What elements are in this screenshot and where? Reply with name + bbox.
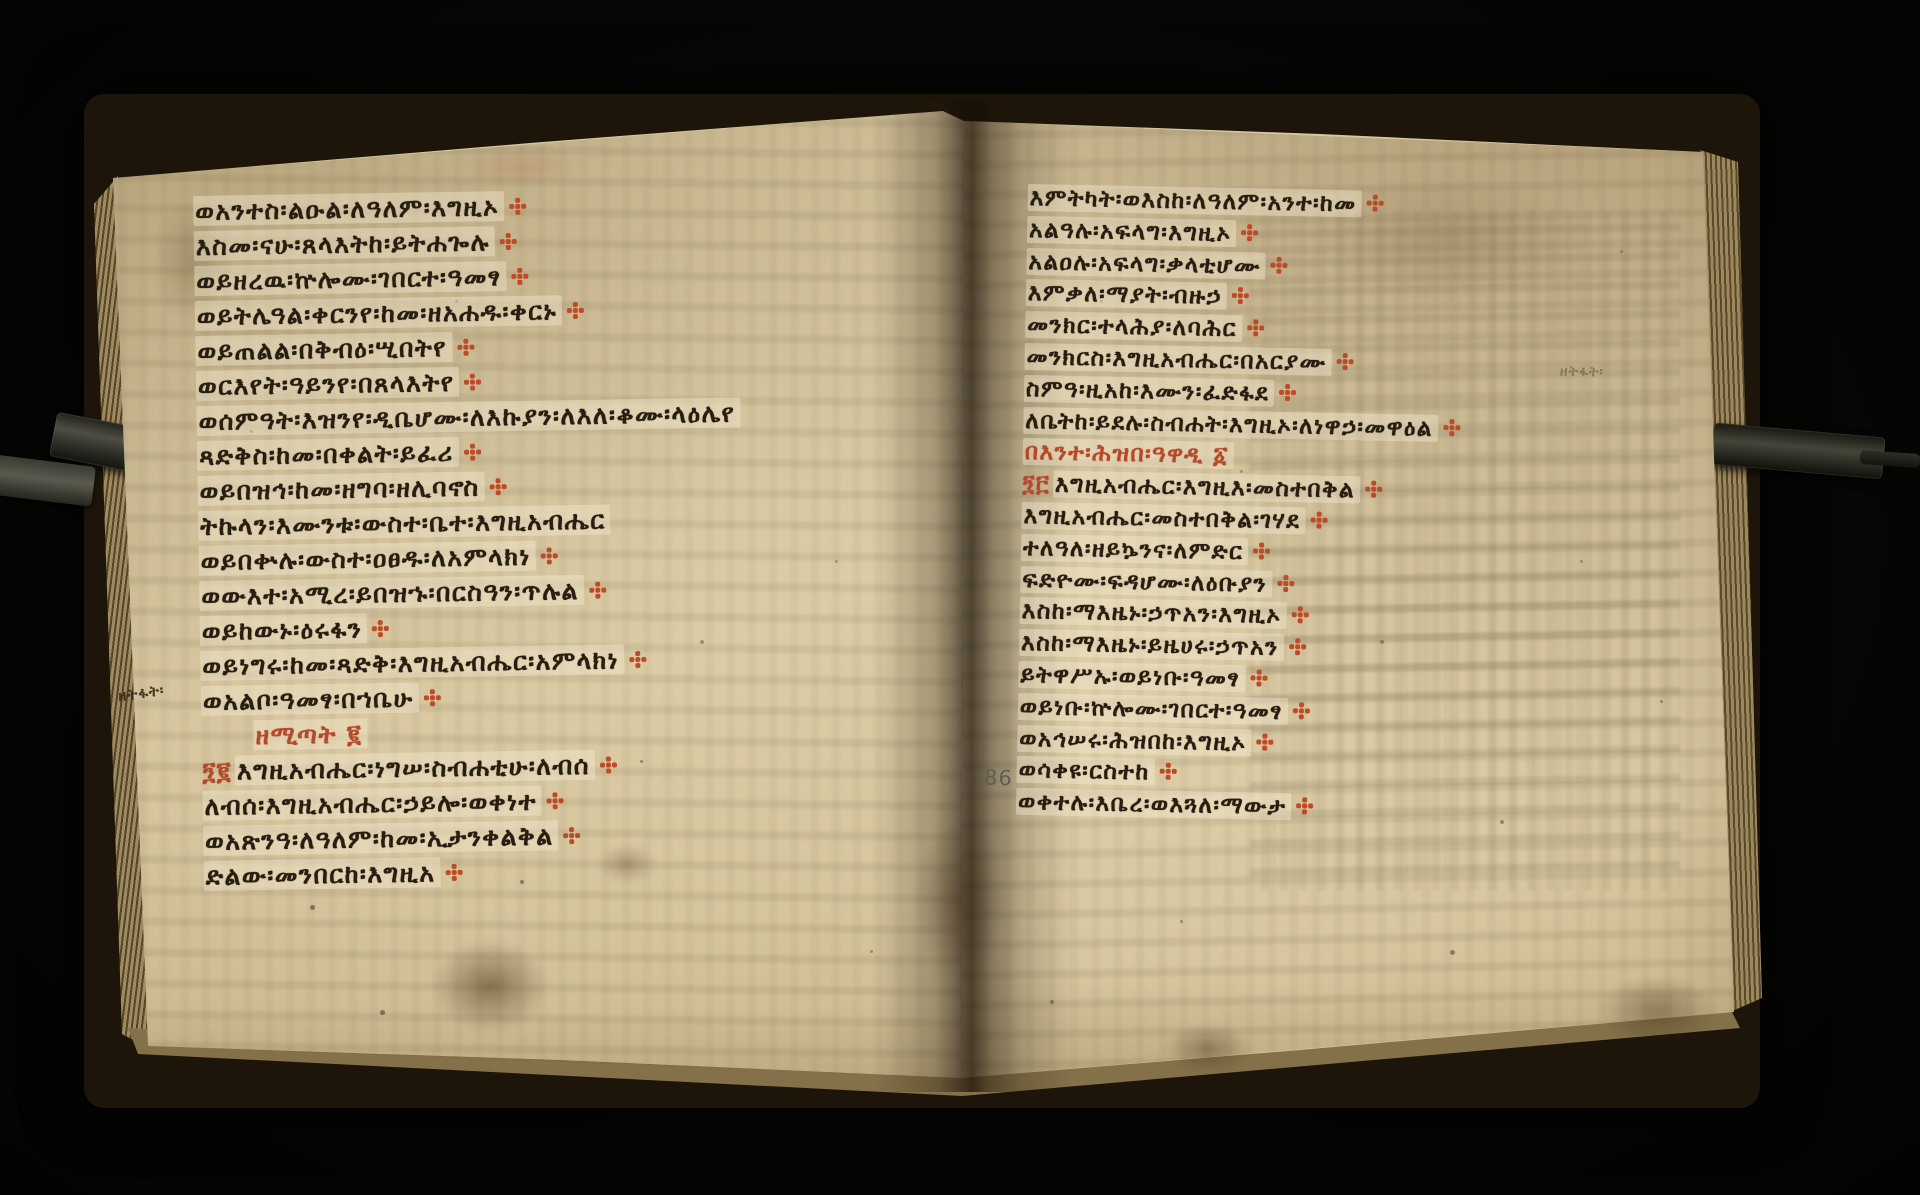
folio-number-pencil: 86 — [984, 766, 1014, 791]
verse-divider-cross-icon — [378, 626, 383, 631]
verse-divider-cross-icon — [1253, 326, 1258, 331]
verse-divider-cross-icon — [1302, 804, 1307, 809]
verse-text: ወአንተስ፡ልዑል፡ለዓለም፡እግዚኦ — [193, 191, 504, 226]
psalm-number: ፺፫ — [1022, 471, 1050, 498]
verse-divider-cross-icon — [1343, 359, 1348, 364]
verse-text: እስከ፡ማእዜኑ፡ኃጥአን፡እግዚኦ — [1020, 597, 1287, 629]
verse-text: እግዚአብሔር፡መስተበቅል፡ገሃደ — [1021, 502, 1305, 534]
verse-text: ወሳቀዩ፡ርስተከ — [1016, 756, 1154, 786]
verse-divider-cross-icon — [1262, 739, 1267, 744]
verse-divider-cross-icon — [1297, 613, 1302, 618]
verse-divider-cross-icon — [1166, 769, 1171, 774]
verse-text: ፍድዮሙ፡ፍዳሆሙ፡ለዕቡያን — [1020, 565, 1272, 597]
verse-divider-cross-icon — [547, 553, 552, 558]
verse-divider-cross-icon — [1295, 644, 1300, 649]
verse-text: ጻድቅስ፡ከመ፡በቀልት፡ይፈሪ — [197, 437, 459, 471]
verse-text: እምትካት፡ወእስከ፡ለዓለም፡አንተ፡ከመ — [1027, 184, 1361, 217]
verse-text: እግዚአብሔር፡እግዚእ፡መስተበቅል — [1053, 471, 1361, 504]
verse-text: ወይከውኑ፡ዕሩፋን — [200, 613, 368, 646]
verse-divider-cross-icon — [1283, 581, 1288, 586]
left-page-text-column: ወአንተስ፡ልዑል፡ለዓለም፡እግዚኦእስመ፡ናሁ፡ጸላእትከ፡ይትሐጐሉወይዘ… — [193, 183, 894, 894]
verse-divider-cross-icon — [1256, 675, 1261, 680]
verse-text: ወይትሌዓል፡ቀርንየ፡ከመ፡ዘአሐዱ፡ቀርኑ — [195, 295, 563, 331]
verse-divider-cross-icon — [1371, 487, 1376, 492]
verse-text: ወአጽንዓ፡ለዓለም፡ከመ፡ኢታንቀልቅል — [203, 820, 559, 856]
verse-text: አልዐሉ፡አፍላግ፡ቃላቲሆሙ — [1026, 248, 1266, 280]
verse-divider-cross-icon — [430, 695, 435, 700]
verse-text: ወይዘረዉ፡ኵሎሙ፡ገበርተ፡ዓመፃ — [194, 261, 507, 296]
verse-text: ወቀተሉ፡እቤረ፡ወእጓለ፡ማውታ — [1016, 788, 1292, 820]
verse-divider-cross-icon — [495, 484, 500, 489]
verse-text: ይትዋሥኡ፡ወይነቡ፡ዓመፃ — [1018, 661, 1245, 692]
photograph-of-open-manuscript: { "manuscript": { "script_direction": "l… — [0, 0, 1920, 1195]
verse-divider-cross-icon — [451, 869, 456, 874]
verse-divider-cross-icon — [606, 762, 611, 767]
verse-text: ድልው፡መንበርከ፡እግዚአ — [203, 857, 440, 891]
verse-text: ወሰምዓት፡እዝንየ፡ዲቤሆሙ፡ለእኩያን፡ለእለ፡ቆሙ፡ላዕሌየ — [196, 397, 740, 436]
verse-text: ስምዓ፡ዚአከ፡እሙን፡ፈድፋደ — [1024, 375, 1275, 407]
verse-divider-cross-icon — [635, 657, 640, 662]
verse-divider-cross-icon — [463, 344, 468, 349]
verse-divider-cross-icon — [517, 273, 522, 278]
verse-text: እስከ፡ማእዜኑ፡ይዜሀሩ፡ኃጥአን — [1019, 629, 1284, 661]
verse-text: ወይነቡ፡ኵሎሙ፡ገበርተ፡ዓመፃ — [1018, 693, 1288, 725]
verse-divider-cross-icon — [1316, 518, 1321, 523]
verse-divider-cross-icon — [506, 239, 511, 244]
verse-text: እግዚአብሔር፡ነግሠ፡ስብሐቲሁ፡ለብሰ — [235, 750, 595, 786]
verse-divider-cross-icon — [1247, 230, 1252, 235]
verse-divider-cross-icon — [573, 307, 578, 312]
verse-divider-cross-icon — [1277, 262, 1282, 267]
verse-divider-cross-icon — [515, 203, 520, 208]
verse-text: ለቤትከ፡ይደሉ፡ስብሐት፡እግዚኦ፡ለነዋኃ፡መዋዕል — [1023, 407, 1438, 442]
verse-text: ወይበዝኅ፡ከመ፡ዘግባ፡ዘሊባኖስ — [197, 471, 484, 506]
verse-text: ዘሚጣት ፪ — [253, 718, 367, 750]
verse-text: ወይጠልል፡በቅብዕ፡ሢበትየ — [195, 332, 452, 366]
verse-text: ወአኅሠሩ፡ሕዝበከ፡እግዚኦ — [1017, 724, 1252, 755]
verse-divider-cross-icon — [1449, 425, 1454, 430]
verse-text: እስመ፡ናሁ፡ጸላእትከ፡ይትሐጐሉ — [194, 226, 495, 261]
verse-divider-cross-icon — [595, 587, 600, 592]
verse-divider-cross-icon — [1285, 390, 1290, 395]
verse-text: ወይነግሩ፡ከመ፡ጻድቅ፡እግዚአብሔር፡አምላክነ — [200, 644, 624, 681]
verse-text: ትኩላን፡እሙንቱ፡ውስተ፡ቤተ፡እግዚአብሔር — [198, 504, 611, 540]
margin-note: ዘትፋት፡ — [1560, 364, 1604, 381]
verse-divider-cross-icon — [470, 379, 475, 384]
verse-text: መንክርስ፡እግዚአብሔር፡በአርያሙ — [1024, 343, 1331, 376]
verse-divider-cross-icon — [1299, 708, 1304, 713]
verse-text: አልዓሉ፡አፍላግ፡እግዚኦ — [1027, 216, 1237, 247]
verse-text: መንክር፡ተላሕያ፡ለባሕር — [1025, 311, 1242, 342]
verse-divider-cross-icon — [1373, 201, 1378, 206]
right-page-text-column: እምትካት፡ወእስከ፡ለዓለም፡አንተ፡ከመአልዓሉ፡አፍላግ፡እግዚኦአልዐሉ… — [1016, 183, 1508, 828]
verse-text: ወውእተ፡አሚረ፡ይበዝኁ፡በርስዓን፡ጥሉል — [199, 575, 584, 611]
verse-divider-cross-icon — [553, 798, 558, 803]
verse-text: በእንተ፡ሕዝበ፡ዓዋዲ ፩ — [1023, 438, 1235, 469]
verse-text: ለብሰ፡እግዚአብሔር፡ኃይሎ፡ወቀነተ — [202, 786, 542, 821]
verse-text: ወአልቦ፡ዓመፃ፡በኀቤሁ — [201, 683, 419, 716]
psalm-number: ፺፪ — [202, 756, 232, 785]
verse-text: ወይበቍሉ፡ውስተ፡ዐፀዱ፡ለአምላክነ — [199, 541, 536, 576]
verse-divider-cross-icon — [1259, 548, 1264, 553]
verse-text: ወርእየት፡ዓይንየ፡በጸላእትየ — [196, 367, 460, 401]
verse-text: እምቃለ፡ማያት፡ብዙኃ — [1026, 279, 1228, 310]
verse-divider-cross-icon — [570, 833, 575, 838]
verse-divider-cross-icon — [470, 449, 475, 454]
verse-divider-cross-icon — [1238, 293, 1243, 298]
verse-text: ተለዓለ፡ዘይኴንና፡ለምድር — [1021, 534, 1249, 565]
